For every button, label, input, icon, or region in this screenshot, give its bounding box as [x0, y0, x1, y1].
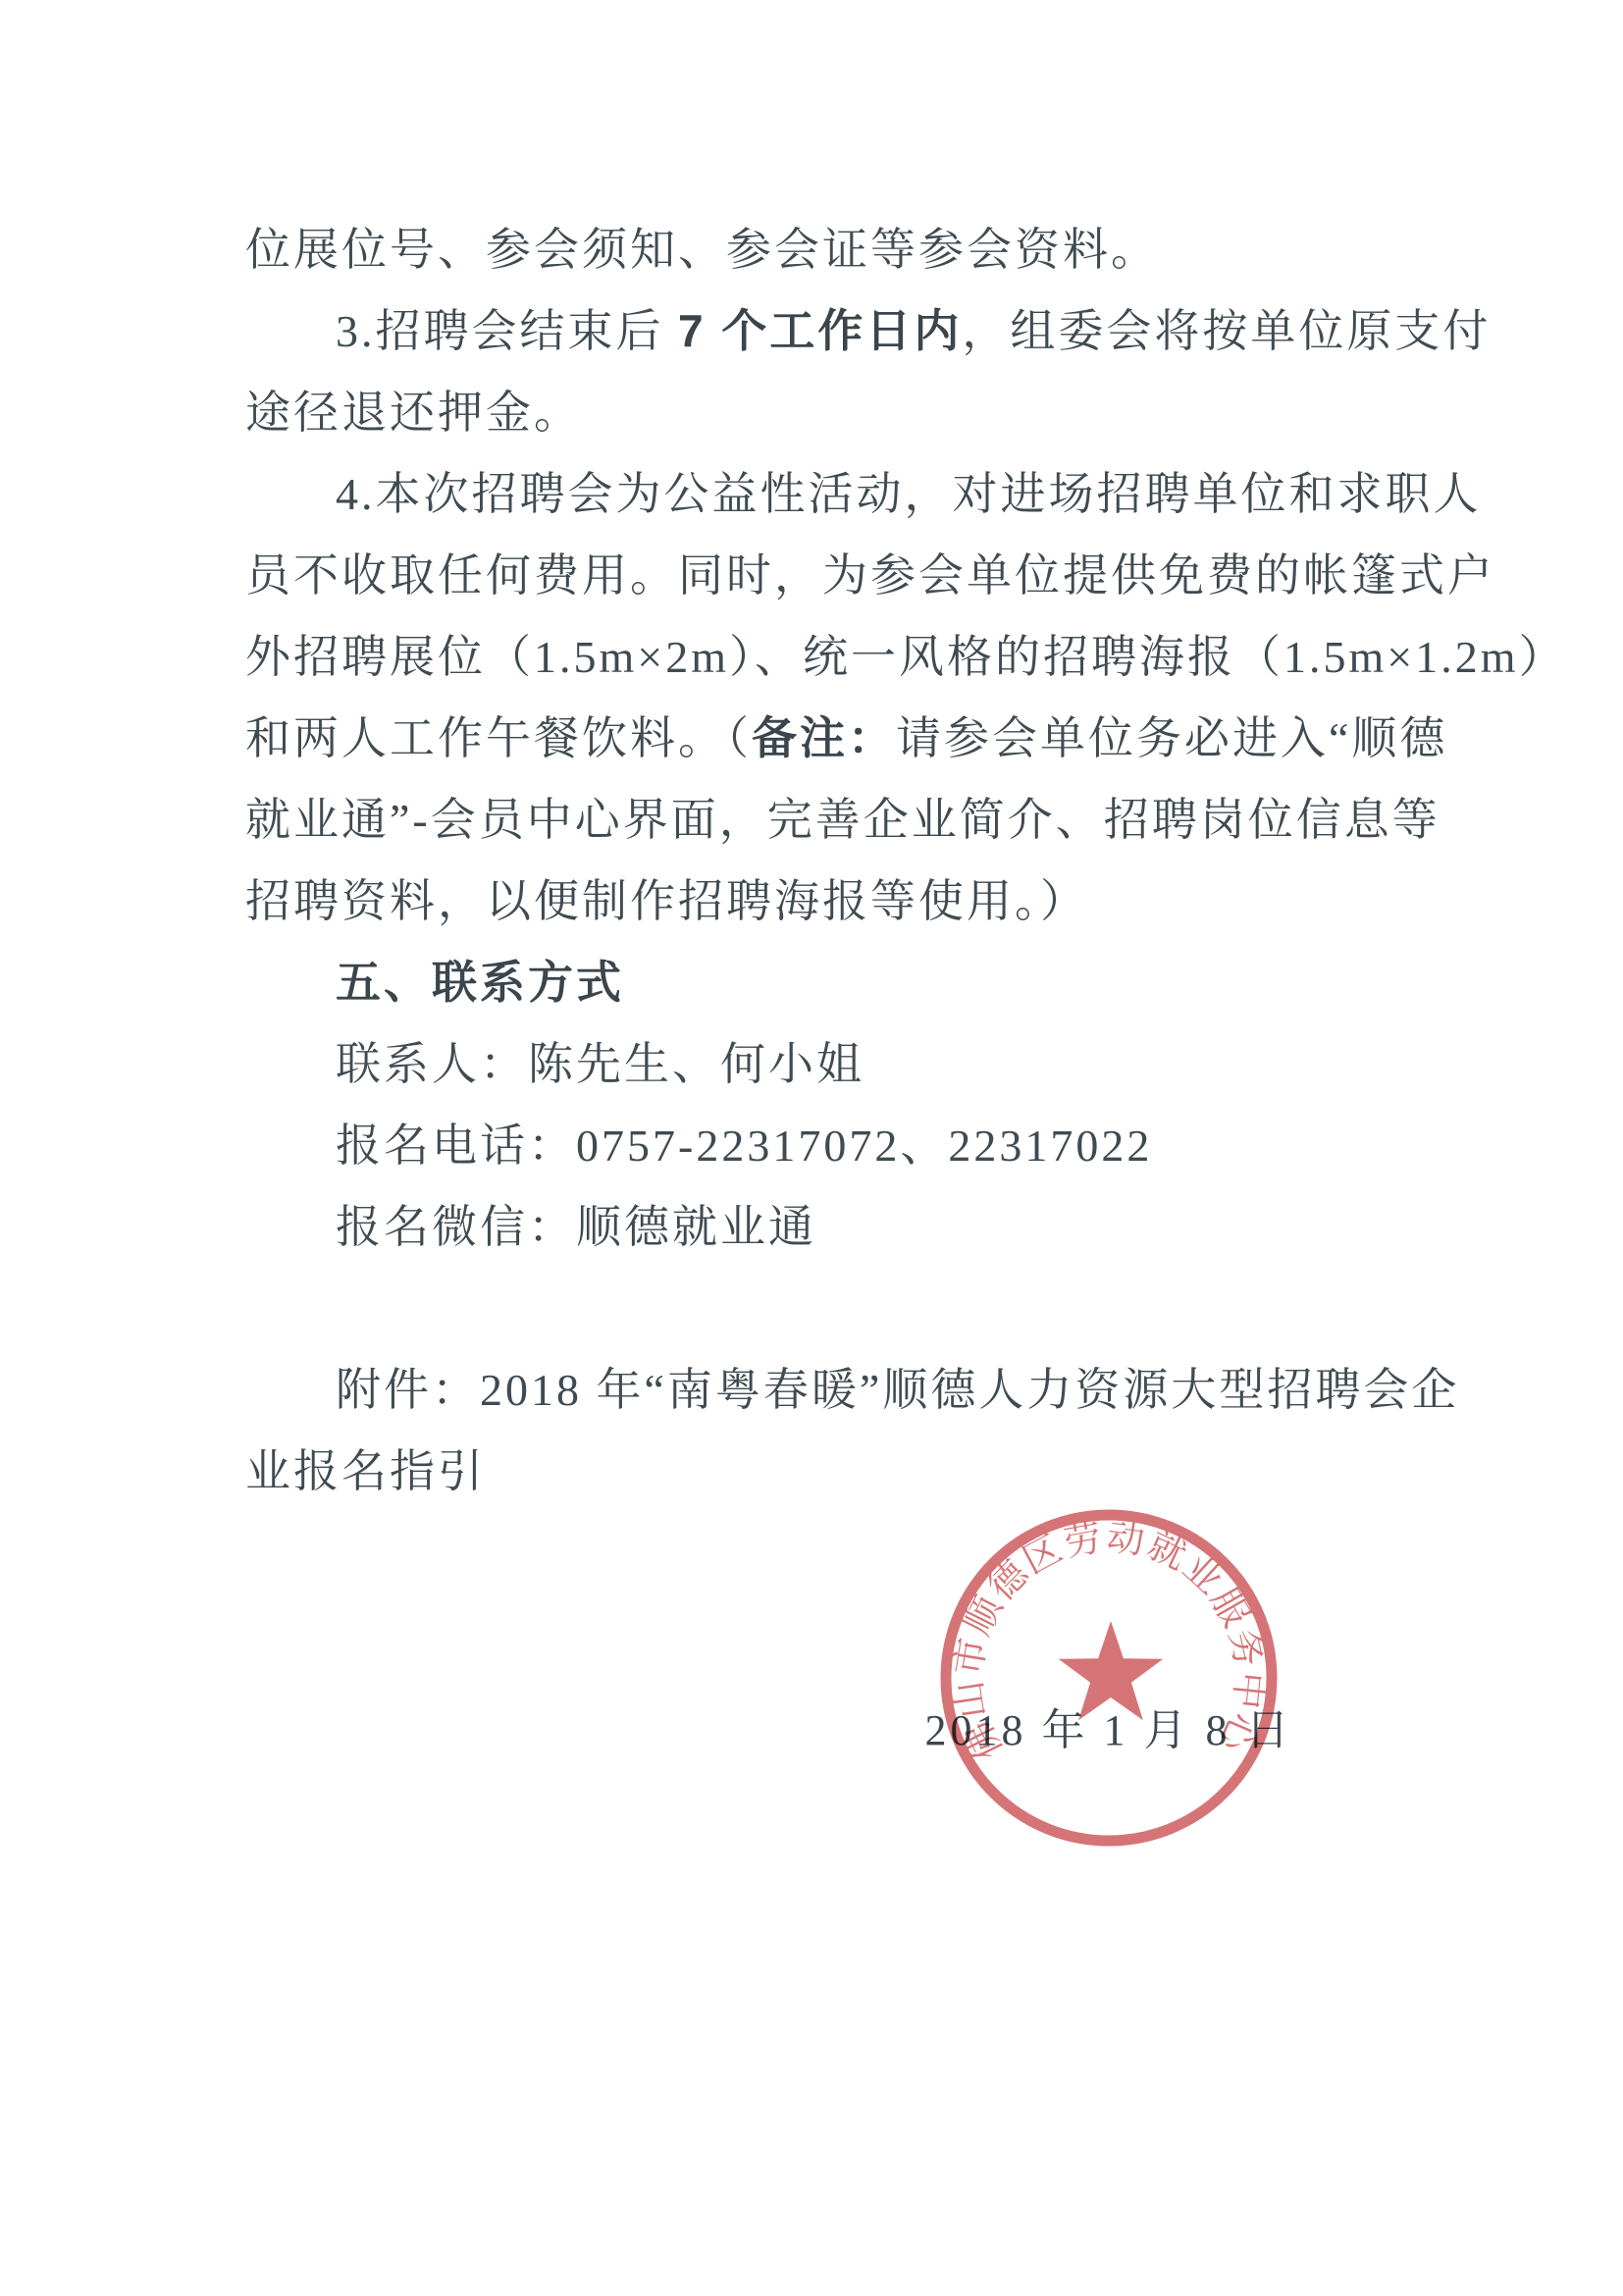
doc-text: 位展位号、参会须知、参会证等参会资料。 — [245, 225, 1159, 275]
contact-person-line: 联系人：陈先生、何小姐 — [245, 1023, 1501, 1105]
doc-line: 员不收取任何费用。同时，为参会单位提供免费的帐篷式户 — [245, 535, 1501, 616]
doc-line: 位展位号、参会须知、参会证等参会资料。 — [245, 209, 1501, 290]
doc-line: 外招聘展位（1.5m×2m）、统一风格的招聘海报（1.5m×1.2m） — [245, 616, 1501, 698]
contact-wechat-line: 报名微信：顺德就业通 — [245, 1186, 1501, 1268]
doc-line-item-4: 4.本次招聘会为公益性活动，对进场招聘单位和求职人 — [245, 453, 1501, 535]
blank-line — [245, 1268, 1501, 1349]
doc-text: 3.招聘会结束后 — [336, 306, 678, 356]
attachment-line: 附件：2018 年“南粤春暖”顺德人力资源大型招聘会企 — [245, 1349, 1501, 1431]
attachment-line: 业报名指引 — [245, 1431, 1501, 1512]
doc-line: 和两人工作午餐饮料。（备注：请参会单位务必进入“顺德 — [245, 698, 1501, 779]
doc-text: ，组委会将按单位原支付 — [962, 306, 1491, 356]
doc-text: 联系人：陈先生、何小姐 — [336, 1039, 864, 1089]
doc-text: 和两人工作午餐饮料。（ — [245, 713, 752, 763]
doc-text: 附件：2018 年“南粤春暖”顺德人力资源大型招聘会企 — [336, 1365, 1459, 1415]
doc-text-emphasis: 7 个工作日内 — [678, 305, 962, 356]
doc-text: 员不收取任何费用。同时，为参会单位提供免费的帐篷式户 — [245, 550, 1495, 600]
doc-text: 报名微信：顺德就业通 — [336, 1202, 816, 1252]
doc-heading-text: 五、联系方式 — [336, 957, 624, 1008]
doc-text: 外招聘展位（1.5m×2m）、统一风格的招聘海报（1.5m×1.2m） — [245, 632, 1567, 682]
doc-text-emphasis: 备注： — [752, 712, 896, 763]
document-body: 位展位号、参会须知、参会证等参会资料。 3.招聘会结束后 7 个工作日内，组委会… — [245, 209, 1501, 1512]
doc-text: 途径退还押金。 — [245, 388, 582, 438]
date-line: 2018 年 1 月 8 日 — [913, 1695, 1305, 1757]
doc-line: 途径退还押金。 — [245, 372, 1501, 453]
doc-text: 业报名指引 — [245, 1446, 486, 1496]
doc-text: 就业通”-会员中心界面，完善企业简介、招聘岗位信息等 — [245, 795, 1440, 845]
doc-text: 招聘资料，以便制作招聘海报等使用。） — [245, 876, 1088, 926]
scanned-document-page: 位展位号、参会须知、参会证等参会资料。 3.招聘会结束后 7 个工作日内，组委会… — [0, 0, 1623, 2296]
doc-text: 4.本次招聘会为公益性活动，对进场招聘单位和求职人 — [336, 469, 1482, 519]
doc-line: 招聘资料，以便制作招聘海报等使用。） — [245, 861, 1501, 942]
doc-text: 请参会单位务必进入“顺德 — [896, 713, 1447, 763]
doc-line: 就业通”-会员中心界面，完善企业简介、招聘岗位信息等 — [245, 779, 1501, 861]
section-heading-contact: 五、联系方式 — [245, 942, 1501, 1023]
doc-line-item-3: 3.招聘会结束后 7 个工作日内，组委会将按单位原支付 — [245, 290, 1501, 372]
doc-text: 报名电话：0757-22317072、22317022 — [336, 1121, 1152, 1171]
contact-phone-line: 报名电话：0757-22317072、22317022 — [245, 1105, 1501, 1186]
